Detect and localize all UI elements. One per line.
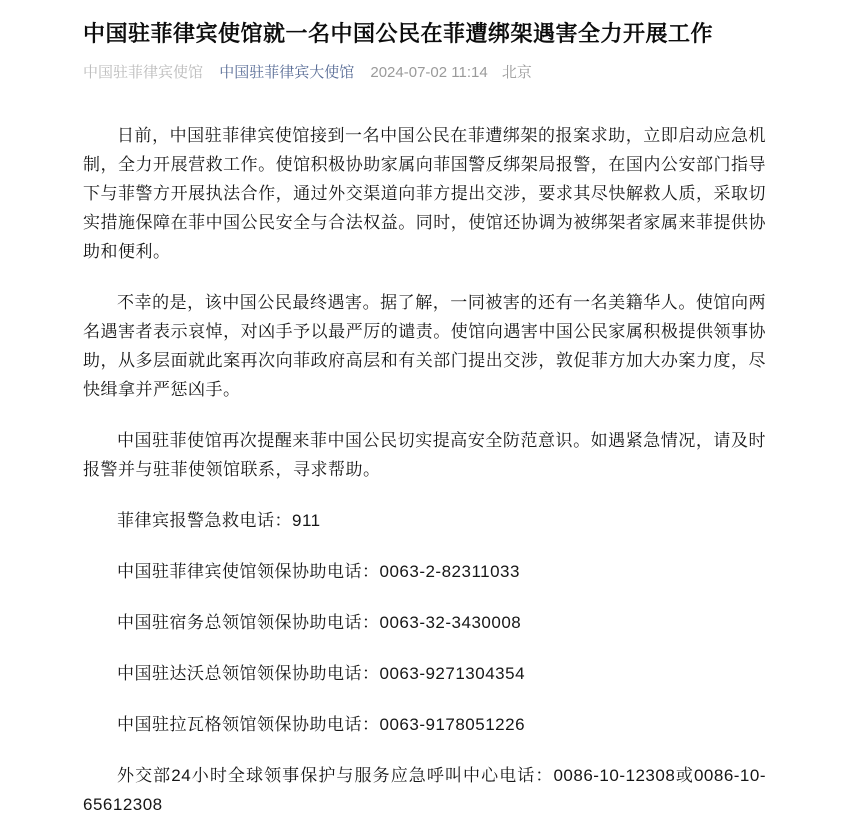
article-body: 日前，中国驻菲律宾使馆接到一名中国公民在菲遭绑架的报案求助，立即启动应急机制，全… <box>83 121 766 819</box>
publish-location: 北京 <box>502 64 532 81</box>
hotline-embassy-manila: 中国驻菲律宾使馆领保协助电话：0063-2-82311033 <box>83 557 766 586</box>
hotline-consulate-laoag: 中国驻拉瓦格领馆领保协助电话：0063-9178051226 <box>83 710 766 739</box>
page-title: 中国驻菲律宾使馆就一名中国公民在菲遭绑架遇害全力开展工作 <box>83 18 766 49</box>
hotline-mfa-global-center: 外交部24小时全球领事保护与服务应急呼叫中心电话：0086-10-12308或0… <box>83 761 766 819</box>
article-paragraph: 日前，中国驻菲律宾使馆接到一名中国公民在菲遭绑架的报案求助，立即启动应急机制，全… <box>83 121 766 266</box>
hotline-police-emergency: 菲律宾报警急救电话：911 <box>83 506 766 535</box>
author-name: 中国驻菲律宾使馆 <box>83 64 203 81</box>
hotline-consulate-cebu: 中国驻宿务总领馆领保协助电话：0063-32-3430008 <box>83 608 766 637</box>
article-page: 中国驻菲律宾使馆就一名中国公民在菲遭绑架遇害全力开展工作 中国驻菲律宾使馆 中国… <box>0 0 844 833</box>
article-paragraph: 中国驻菲使馆再次提醒来菲中国公民切实提高安全防范意识。如遇紧急情况，请及时报警并… <box>83 426 766 484</box>
article-meta: 中国驻菲律宾使馆 中国驻菲律宾大使馆 2024-07-02 11:14 北京 <box>83 63 766 83</box>
article-paragraph: 不幸的是，该中国公民最终遇害。据了解，一同被害的还有一名美籍华人。使馆向两名遇害… <box>83 288 766 404</box>
publish-datetime: 2024-07-02 11:14 <box>370 64 487 81</box>
hotline-consulate-davao: 中国驻达沃总领馆领保协助电话：0063-9271304354 <box>83 659 766 688</box>
account-link[interactable]: 中国驻菲律宾大使馆 <box>219 64 354 81</box>
